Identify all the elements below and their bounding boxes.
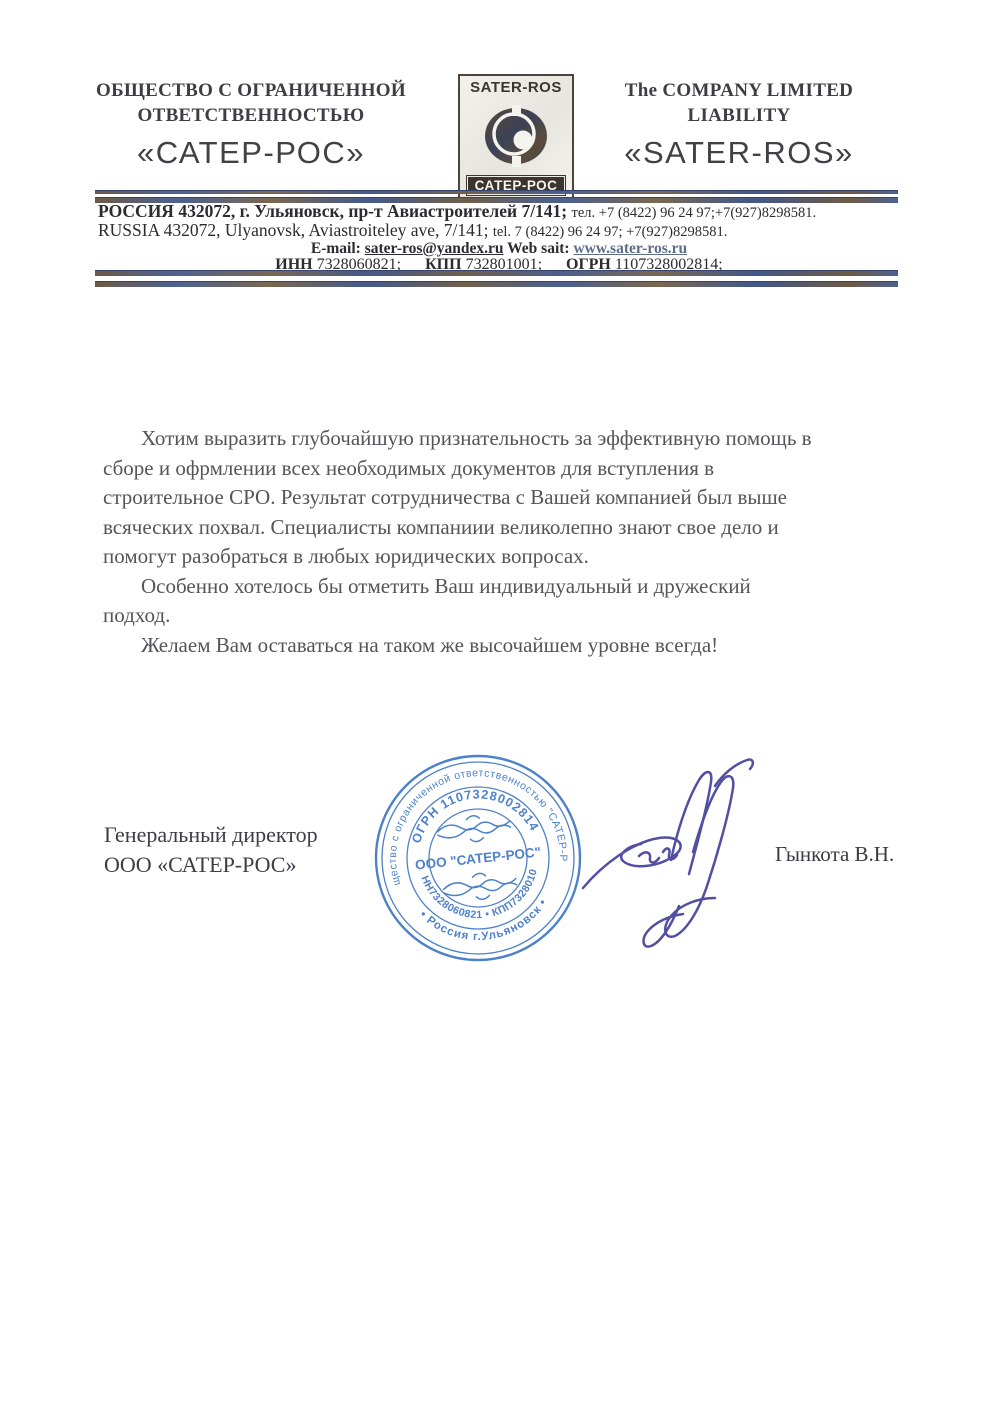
paragraph-1: Хотим выразить глубочайшую признательнос… bbox=[103, 424, 918, 572]
contact-rule bbox=[95, 270, 898, 287]
phones-en: tel. 7 (8422) 96 24 97; +7(927)8298581. bbox=[493, 224, 728, 240]
address-line-ru: РОССИЯ 432072, г. Ульяновск, пр-т Авиаст… bbox=[98, 202, 900, 222]
company-name-ru-brand: «САТЕР-РОС» bbox=[96, 135, 406, 171]
email-web-line: E-mail: sater-ros@yandex.ru Web sait: ww… bbox=[98, 241, 900, 257]
logo-top-label: SATER-ROS bbox=[470, 79, 562, 96]
company-name-en-brand: «SATER-ROS» bbox=[614, 135, 864, 171]
seal-center-text: ООО "САТЕР-РОС" bbox=[414, 844, 541, 872]
signer-title-line1: Генеральный директор bbox=[104, 820, 318, 850]
contact-block: РОССИЯ 432072, г. Ульяновск, пр-т Авиаст… bbox=[98, 202, 900, 273]
seal-outer-top-text: Общество с ограниченной ответственностью… bbox=[370, 750, 571, 889]
company-seal: Общество с ограниченной ответственностью… bbox=[370, 750, 586, 966]
svg-text:Общество с ограниченной ответс: Общество с ограниченной ответственностью… bbox=[370, 750, 571, 889]
web-label: Web sait: bbox=[507, 240, 569, 257]
letter-page: ОБЩЕСТВО С ОГРАНИЧЕННОЙ ОТВЕТСТВЕННОСТЬЮ… bbox=[0, 0, 1000, 1414]
rule-band bbox=[95, 281, 898, 287]
company-name-en: The COMPANY LIMITED LIABILITY «SATER-ROS… bbox=[614, 78, 864, 171]
handwritten-signature bbox=[575, 756, 765, 961]
address-ru: РОССИЯ 432072, г. Ульяновск, пр-т Авиаст… bbox=[98, 201, 567, 221]
company-name-ru-line2: ОТВЕТСТВЕННОСТЬЮ bbox=[96, 103, 406, 128]
company-logo-icon bbox=[474, 105, 558, 167]
company-name-ru-line1: ОБЩЕСТВО С ОГРАНИЧЕННОЙ bbox=[96, 78, 406, 103]
paragraph-2: Особенно хотелось бы отметить Ваш индиви… bbox=[103, 572, 918, 631]
signer-title-line2: ООО «САТЕР-РОС» bbox=[104, 850, 318, 880]
company-name-ru: ОБЩЕСТВО С ОГРАНИЧЕННОЙ ОТВЕТСТВЕННОСТЬЮ… bbox=[96, 78, 406, 171]
website-url: www.sater-ros.ru bbox=[573, 240, 687, 257]
address-en: RUSSIA 432072, Ulyanovsk, Aviastroiteley… bbox=[98, 220, 489, 240]
letter-body: Хотим выразить глубочайшую признательнос… bbox=[103, 424, 918, 660]
signer-name: Гынкота В.Н. bbox=[775, 842, 894, 867]
address-line-en: RUSSIA 432072, Ulyanovsk, Aviastroiteley… bbox=[98, 222, 900, 241]
signer-title: Генеральный директор ООО «САТЕР-РОС» bbox=[104, 820, 318, 880]
phones-ru: тел. +7 (8422) 96 24 97;+7(927)8298581. bbox=[572, 205, 817, 221]
company-logo: SATER-ROS САТЕР-РОС bbox=[458, 74, 574, 201]
email-label: E-mail: bbox=[311, 240, 361, 257]
seal-ornament-top bbox=[436, 812, 512, 846]
company-name-en-line2: LIABILITY bbox=[614, 103, 864, 128]
email-address: sater-ros@yandex.ru bbox=[365, 240, 504, 257]
paragraph-3: Желаем Вам оставаться на таком же высоча… bbox=[103, 631, 918, 661]
company-name-en-line1: The COMPANY LIMITED bbox=[614, 78, 864, 103]
